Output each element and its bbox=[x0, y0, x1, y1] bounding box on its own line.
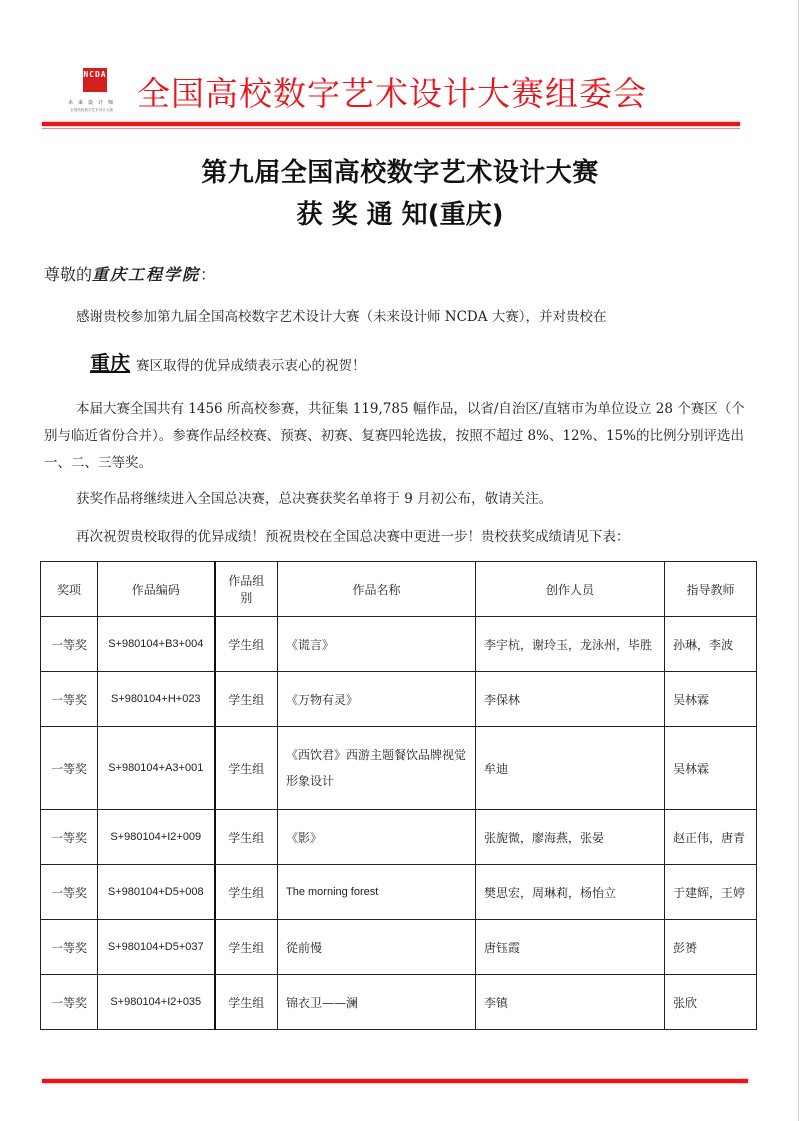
header-title: 作品名称 bbox=[278, 562, 476, 617]
cell-award: 一等奖 bbox=[41, 617, 98, 672]
cell-title: 《谎言》 bbox=[278, 617, 476, 672]
table-row: 一等奖 S+980104+I2+009 学生组 《影》 张旎微，廖海燕，张晏 赵… bbox=[41, 810, 757, 865]
cell-code: S+980104+I2+009 bbox=[98, 810, 215, 865]
cell-advisors: 彭赟 bbox=[665, 920, 757, 975]
header-divider bbox=[42, 122, 740, 126]
school-name: 重庆工程学院 bbox=[92, 265, 200, 284]
logo-line2: 全国高校数字艺术设计大赛 bbox=[70, 108, 126, 113]
cell-award: 一等奖 bbox=[41, 810, 98, 865]
cell-code: S+980104+H+023 bbox=[98, 672, 215, 727]
cell-title: 《影》 bbox=[278, 810, 476, 865]
cell-award: 一等奖 bbox=[41, 920, 98, 975]
cell-advisors: 吴林霖 bbox=[665, 727, 757, 810]
cell-title: The morning forest bbox=[278, 865, 476, 920]
header-code: 作品编码 bbox=[98, 562, 215, 617]
cell-group: 学生组 bbox=[215, 672, 278, 727]
cell-creators: 唐钰霞 bbox=[476, 920, 665, 975]
cell-code: S+980104+D5+037 bbox=[98, 920, 215, 975]
header-advisors: 指导教师 bbox=[665, 562, 757, 617]
table-header-row: 奖项 作品编码 作品组别 作品名称 创作人员 指导教师 bbox=[41, 562, 757, 617]
greeting-suffix: ： bbox=[200, 265, 216, 284]
cell-title: 《西饮君》西游主题餐饮品牌视觉形象设计 bbox=[278, 727, 476, 810]
cell-award: 一等奖 bbox=[41, 975, 98, 1030]
logo-mark: NCDA bbox=[83, 68, 107, 92]
paragraph-congrats: 重庆赛区取得的优异成绩表示衷心的祝贺！ bbox=[90, 350, 366, 380]
cell-group: 学生组 bbox=[215, 617, 278, 672]
cell-advisors: 赵正伟，唐青 bbox=[665, 810, 757, 865]
cell-code: S+980104+I2+035 bbox=[98, 975, 215, 1030]
cell-advisors: 于建辉，王婷 bbox=[665, 865, 757, 920]
ncda-logo: NCDA 未来设计师 全国高校数字艺术设计大赛 bbox=[66, 68, 122, 124]
cell-title: 锦衣卫——澜 bbox=[278, 975, 476, 1030]
header-award: 奖项 bbox=[41, 562, 98, 617]
greeting: 尊敬的重庆工程学院： bbox=[44, 262, 216, 285]
document-subtitle: 获 奖 通 知(重庆) bbox=[0, 194, 800, 231]
cell-creators: 李镇 bbox=[476, 975, 665, 1030]
document-title: 第九届全国高校数字艺术设计大赛 bbox=[0, 152, 800, 189]
paragraph-thanks: 感谢贵校参加第九届全国高校数字艺术设计大赛（未来设计师 NCDA 大赛），并对贵… bbox=[76, 304, 607, 331]
paragraph-finals-notice: 获奖作品将继续进入全国总决赛，总决赛获奖名单将于 9 月初公布，敬请关注。 bbox=[76, 486, 552, 513]
cell-creators: 李宇杭，谢玲玉，龙泳州，毕胜 bbox=[476, 617, 665, 672]
cell-advisors: 孙琳，李波 bbox=[665, 617, 757, 672]
table-row: 一等奖 S+980104+D5+037 学生组 從前慢 唐钰霞 彭赟 bbox=[41, 920, 757, 975]
logo-line1: 未来设计师 bbox=[68, 99, 124, 106]
cell-group: 学生组 bbox=[215, 727, 278, 810]
cell-title: 《万物有灵》 bbox=[278, 672, 476, 727]
paragraph-closing: 再次祝贺贵校取得的优异成绩！预祝贵校在全国总决赛中更进一步！贵校获奖成绩请见下表… bbox=[76, 524, 630, 551]
cell-group: 学生组 bbox=[215, 920, 278, 975]
header-creators: 创作人员 bbox=[476, 562, 665, 617]
footer-divider bbox=[42, 1079, 748, 1083]
table-row: 一等奖 S+980104+I2+035 学生组 锦衣卫——澜 李镇 张欣 bbox=[41, 975, 757, 1030]
table-row: 一等奖 S+980104+D5+008 学生组 The morning fore… bbox=[41, 865, 757, 920]
cell-award: 一等奖 bbox=[41, 727, 98, 810]
cell-group: 学生组 bbox=[215, 810, 278, 865]
cell-group: 学生组 bbox=[215, 975, 278, 1030]
cell-title: 從前慢 bbox=[278, 920, 476, 975]
region-name: 重庆 bbox=[90, 351, 130, 375]
cell-creators: 牟迪 bbox=[476, 727, 665, 810]
table-row: 一等奖 S+980104+B3+004 学生组 《谎言》 李宇杭，谢玲玉，龙泳州… bbox=[41, 617, 757, 672]
congrats-text: 赛区取得的优异成绩表示衷心的祝贺！ bbox=[136, 358, 366, 374]
org-title: 全国高校数字艺术设计大赛组委会 bbox=[137, 72, 647, 116]
header-group: 作品组别 bbox=[215, 562, 278, 617]
cell-advisors: 张欣 bbox=[665, 975, 757, 1030]
cell-code: S+980104+D5+008 bbox=[98, 865, 215, 920]
cell-group: 学生组 bbox=[215, 865, 278, 920]
awards-table: 奖项 作品编码 作品组别 作品名称 创作人员 指导教师 一等奖 S+980104… bbox=[40, 561, 757, 1030]
greeting-prefix: 尊敬的 bbox=[44, 265, 92, 284]
table-row: 一等奖 S+980104+A3+001 学生组 《西饮君》西游主题餐饮品牌视觉形… bbox=[41, 727, 757, 810]
cell-code: S+980104+B3+004 bbox=[98, 617, 215, 672]
paragraph-competition-info: 本届大赛全国共有 1456 所高校参赛，共征集 119,785 幅作品，以省/自… bbox=[44, 396, 758, 477]
table-row: 一等奖 S+980104+H+023 学生组 《万物有灵》 李保林 吴林霖 bbox=[41, 672, 757, 727]
cell-code: S+980104+A3+001 bbox=[98, 727, 215, 810]
cell-creators: 李保林 bbox=[476, 672, 665, 727]
header-divider-thin bbox=[42, 128, 740, 129]
cell-advisors: 吴林霖 bbox=[665, 672, 757, 727]
cell-award: 一等奖 bbox=[41, 865, 98, 920]
cell-creators: 张旎微，廖海燕，张晏 bbox=[476, 810, 665, 865]
cell-creators: 樊思宏，周琳莉，杨怡立 bbox=[476, 865, 665, 920]
cell-award: 一等奖 bbox=[41, 672, 98, 727]
